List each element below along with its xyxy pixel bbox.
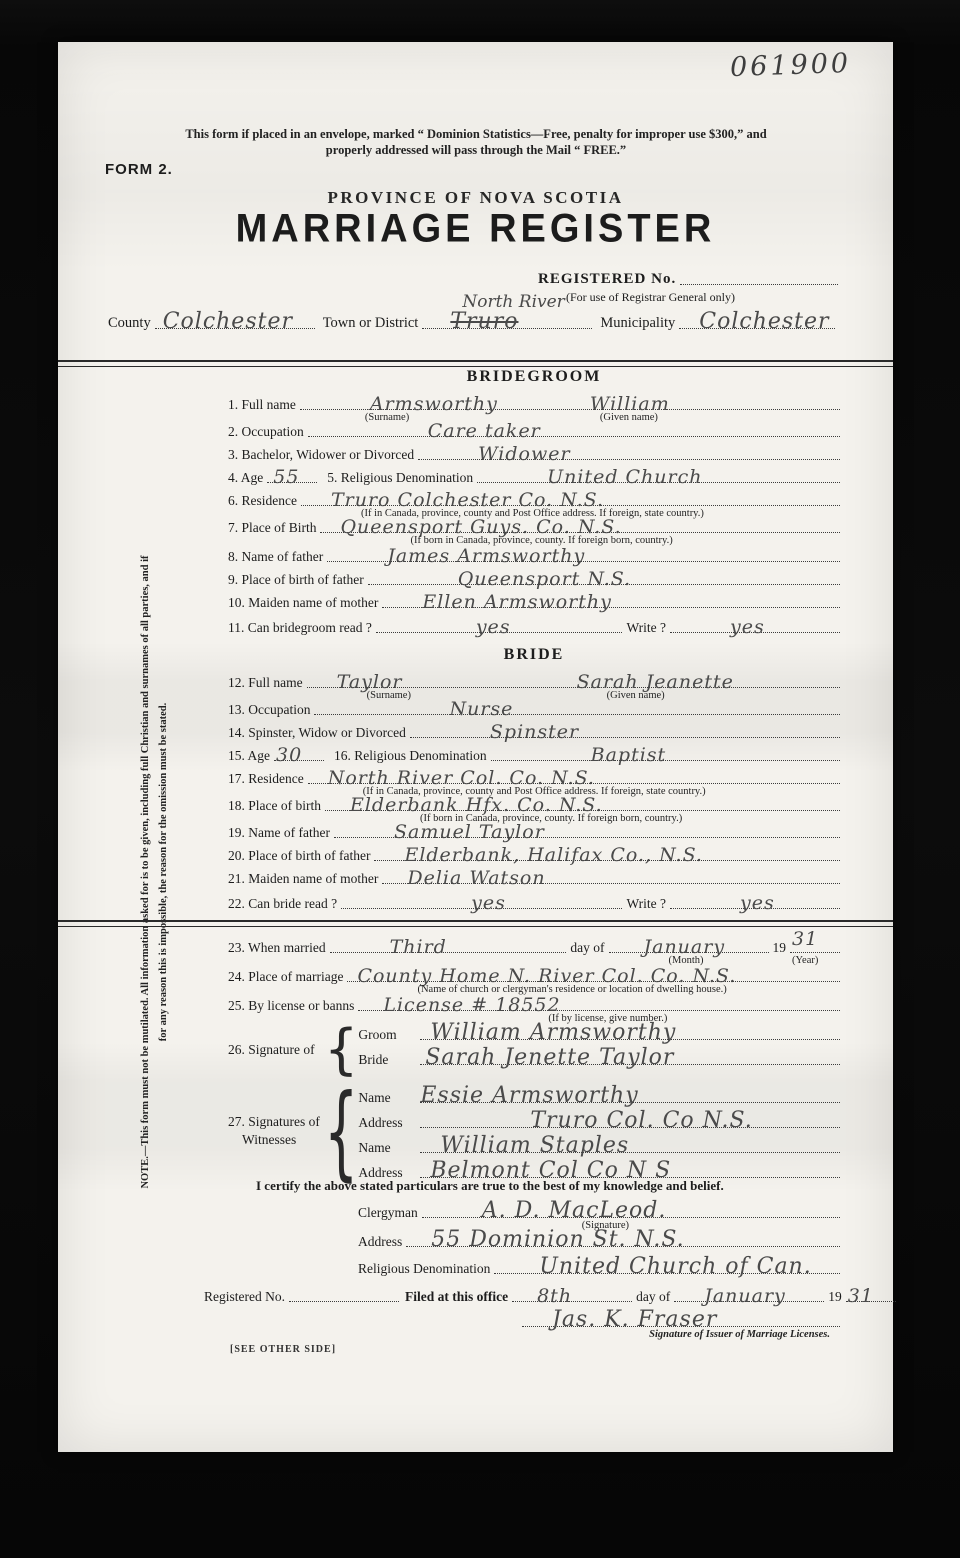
license-line: License # 18552 (If by license, give num… [358,1010,840,1011]
bride-father-birthplace: Elderbank, Halifax Co., N.S. [404,844,703,866]
groom-signature: William Armsworthy [430,1020,676,1045]
groom-can-write: yes [730,616,765,638]
groom-signature-line: William Armsworthy [420,1039,840,1040]
bridegroom-heading: BRIDEGROOM [228,368,840,390]
witness1-name-row: Name Essie Armsworthy [358,1081,840,1106]
witnesses-column: Name Essie Armsworthy Address Truro Col.… [358,1081,840,1181]
form-number-label: FORM 2. [105,161,173,178]
province-heading: PROVINCE OF NOVA SCOTIA [58,188,893,208]
field-row-when-married: 23. When married Third day of January (M… [228,931,840,956]
groom-occupation: Care taker [428,420,541,442]
father-name-label: 8. Name of father [228,549,323,565]
clergyman-address-line: 55 Dominion St. N.S. [406,1246,840,1247]
witness2-name-row: Name William Staples [358,1131,840,1156]
issuer-row: Jas. K. Fraser Signature of Issuer of Ma… [518,1305,840,1330]
bride-occupation: Nurse [449,698,513,720]
residence-label: 6. Residence [228,493,297,509]
mother-name-label: 21. Maiden name of mother [228,871,378,887]
religion-line: Baptist [491,760,840,761]
marital-status-line: Spinster [410,737,840,738]
marriage-day: Third [390,936,447,958]
field-row-mother-name: 21. Maiden name of mother Delia Watson [228,864,840,887]
groom-age: 55 [273,466,299,488]
registered-no-label: REGISTERED No. [538,271,676,288]
full-name-label: 1. Full name [228,397,296,413]
occupation-line: Care taker [308,436,840,437]
witness2-name-label: Name [358,1140,416,1156]
witness2-name-line: William Staples [420,1152,840,1153]
section-divider-top [58,360,893,367]
registered-no-label: Registered No. [204,1289,285,1305]
witness1-name-line: Essie Armsworthy [420,1102,840,1103]
can-write-line: yes [670,632,840,633]
certification-section: I certify the above stated particulars a… [228,1178,840,1330]
license-number: License # 18552 [383,994,560,1016]
field-row-residence: 6. Residence Truro Colchester Co. N.S. (… [228,486,840,509]
place-of-marriage-label: 24. Place of marriage [228,969,343,985]
groom-father-birthplace: Queensport N.S. [458,568,631,590]
clergyman-address: 55 Dominion St. N.S. [431,1227,684,1252]
birthplace-label: 7. Place of Birth [228,520,316,536]
religion-line: United Church [477,482,840,483]
marriage-year: 31 [792,928,818,950]
field-row-marital-status: 14. Spinster, Widow or Divorced Spinster [228,718,840,741]
age-label: 15. Age [228,748,270,764]
field-row-father-name: 19. Name of father Samuel Taylor [228,818,840,841]
bride-marital-status: Spinster [490,721,579,743]
marriage-register-page: 061900 This form if placed in an envelop… [58,42,893,1452]
bride-signature-line: Sarah Jenette Taylor [420,1064,840,1065]
clergyman-address-row: Address 55 Dominion St. N.S. [358,1225,840,1250]
denomination-row: Religious Denomination United Church of … [358,1250,840,1277]
jurisdiction-row: County Colchester Town or District North… [108,300,835,332]
county-label: County [108,315,151,332]
can-read-line: yes [341,908,622,909]
archive-number: 061900 [729,48,851,83]
filed-dayof-label: day of [636,1289,670,1305]
month-line: January (Month) [609,952,769,953]
issuer-caption: Signature of Issuer of Marriage Licenses… [649,1329,830,1340]
birthplace-line: Queensport Guys. Co. N.S. (If born in Ca… [320,532,840,533]
groom-mother-name: Ellen Armsworthy [422,591,612,613]
father-birthplace-label: 9. Place of birth of father [228,572,364,588]
registered-no-line [289,1301,399,1302]
religion-label: 16. Religious Denomination [334,748,487,764]
birthplace-label: 18. Place of birth [228,798,321,814]
groom-marital-status: Widower [478,443,570,465]
religion-label: 5. Religious Denomination [327,470,473,486]
clergyman-line: A. D. MacLeod. (Signature) [422,1217,840,1218]
age-line: 55 [267,482,317,483]
witness1-name-label: Name [358,1090,416,1106]
occupation-label: 13. Occupation [228,702,310,718]
groom-signature-row: Groom William Armsworthy [358,1018,840,1043]
field-row-age-religion: 15. Age 30 16. Religious Denomination Ba… [228,741,840,764]
can-read-line: yes [376,632,623,633]
filed-year: 31 [848,1285,874,1307]
municipality-line: Colchester [679,328,835,329]
field-row-father-birthplace: 20. Place of birth of father Elderbank, … [228,841,840,864]
municipality-label: Municipality [600,315,675,332]
groom-can-read: yes [476,616,511,638]
license-label: 25. By license or banns [228,998,354,1014]
field-row-father-birthplace: 9. Place of birth of father Queensport N… [228,565,840,588]
can-write-line: yes [670,908,840,909]
town-label: Town or District [323,315,419,332]
filed-row: Registered No. Filed at this office 8th … [204,1277,840,1305]
registered-no-line [680,284,838,285]
full-name-line: Taylor Sarah Jeanette (Surname) (Given n… [307,687,840,688]
groom-sublabel: Groom [358,1027,416,1043]
witness2-name: William Staples [440,1133,629,1158]
field-row-place-of-marriage: 24. Place of marriage County Home N. Riv… [228,960,840,985]
field-row-full-name: 12. Full name Taylor Sarah Jeanette (Sur… [228,668,840,691]
marital-status-label: 14. Spinster, Widow or Divorced [228,725,406,741]
marital-status-line: Widower [418,459,840,460]
signature-of-label: 26. Signature of [228,1018,324,1081]
witness1-address: Truro Col. Co N.S. [530,1108,752,1133]
field-row-residence: 17. Residence North River Col. Co. N.S. … [228,764,840,787]
field-row-license: 25. By license or banns License # 18552 … [228,989,840,1014]
filed-year-prefix: 19 [828,1289,842,1305]
envelope-notice-line1: This form if placed in an envelope, mark… [126,126,826,142]
year-prefix: 19 [773,940,787,956]
place-of-marriage-line: County Home N. River Col. Co. N.S. (Name… [347,981,840,982]
signature-group: 26. Signature of { Groom William Armswor… [228,1018,840,1081]
father-name-line: Samuel Taylor [334,837,840,838]
page-title: MARRIAGE REGISTER [58,207,893,252]
bride-sublabel: Bride [358,1052,416,1068]
town-value: Truro [450,309,518,334]
residence-line: North River Col. Co. N.S. (If in Canada,… [308,783,840,784]
when-married-day-line: Third [330,952,567,953]
witness1-name: Essie Armsworthy [420,1083,638,1108]
age-line: 30 [274,760,324,761]
bride-signature-row: Bride Sarah Jenette Taylor [358,1043,840,1068]
certify-statement: I certify the above stated particulars a… [256,1178,840,1196]
bridegroom-section: BRIDEGROOM 1. Full name Armsworthy Willi… [228,368,840,636]
signature-column: Groom William Armsworthy Bride Sarah Jen… [358,1018,840,1081]
witnesses-label-line1: 27. Signatures of [228,1113,324,1131]
residence-line: Truro Colchester Co. N.S. (If in Canada,… [301,505,840,506]
mother-name-label: 10. Maiden name of mother [228,595,378,611]
field-row-literacy: 11. Can bridegroom read ? yes Write ? ye… [228,611,840,636]
father-birthplace-label: 20. Place of birth of father [228,848,370,864]
father-birthplace-line: Queensport N.S. [368,584,840,585]
bride-signature: Sarah Jenette Taylor [425,1045,674,1070]
filed-year-line: 31 [846,1301,896,1302]
can-read-label: 22. Can bride read ? [228,896,337,912]
can-write-label: Write ? [626,896,666,912]
field-row-birthplace: 7. Place of Birth Queensport Guys. Co. N… [228,513,840,536]
full-name-line: Armsworthy William (Surname) (Given name… [300,409,840,410]
field-row-birthplace: 18. Place of birth Elderbank Hfx. Co. N.… [228,791,840,814]
filed-day-line: 8th [512,1301,632,1302]
bride-heading: BRIDE [228,646,840,668]
field-row-age-religion: 4. Age 55 5. Religious Denomination Unit… [228,463,840,486]
bride-can-read: yes [471,892,506,914]
occupation-label: 2. Occupation [228,424,304,440]
clergyman-row: Clergyman A. D. MacLeod. (Signature) [358,1196,840,1221]
field-row-marital-status: 3. Bachelor, Widower or Divorced Widower [228,440,840,463]
witness1-address-line: Truro Col. Co N.S. [420,1127,840,1128]
bride-can-write: yes [740,892,775,914]
envelope-notice-line2: properly addressed will pass through the… [126,142,826,158]
field-row-literacy: 22. Can bride read ? yes Write ? yes [228,887,840,912]
day-of-label: day of [570,940,604,956]
witnesses-label-line2: Witnesses [228,1131,324,1149]
age-label: 4. Age [228,470,263,486]
field-row-father-name: 8. Name of father James Armsworthy [228,540,840,565]
field-row-full-name: 1. Full name Armsworthy William (Surname… [228,390,840,413]
father-name-label: 19. Name of father [228,825,330,841]
field-row-occupation: 13. Occupation Nurse [228,695,840,718]
when-married-label: 23. When married [228,940,326,956]
birthplace-line: Elderbank Hfx. Co. N.S. (If born in Cana… [325,810,840,811]
registered-no-row: REGISTERED No. [538,268,838,288]
clergyman-address-label: Address [358,1234,402,1250]
residence-label: 17. Residence [228,771,304,787]
denomination-value: United Church of Can. [539,1254,811,1279]
father-birthplace-line: Elderbank, Halifax Co., N.S. [374,860,840,861]
bride-mother-name: Delia Watson [407,867,545,889]
bride-age: 30 [276,744,302,766]
municipality-value: Colchester [699,309,829,334]
groom-father-name: James Armsworthy [387,545,585,567]
can-write-label: Write ? [626,620,666,636]
margin-note: NOTE.—This form must not be mutilated. A… [137,550,173,1195]
envelope-notice: This form if placed in an envelope, mark… [126,126,826,159]
mother-name-line: Delia Watson [382,883,840,884]
filed-label: Filed at this office [405,1289,508,1305]
marital-status-label: 3. Bachelor, Widower or Divorced [228,447,414,463]
filed-day: 8th [537,1285,572,1307]
clergyman-signature: A. D. MacLeod. [482,1198,667,1223]
county-value: Colchester [163,309,293,334]
witness1-address-row: Address Truro Col. Co N.S. [358,1106,840,1131]
section-divider-middle [58,920,893,927]
bride-section: BRIDE 12. Full name Taylor Sarah Jeanett… [228,646,840,912]
witnesses-group: 27. Signatures of Witnesses { Name Essie… [228,1081,840,1181]
witnesses-label: 27. Signatures of Witnesses [228,1081,324,1181]
full-name-label: 12. Full name [228,675,303,691]
field-row-mother-name: 10. Maiden name of mother Ellen Armswort… [228,588,840,611]
town-line: North River Truro [422,328,592,329]
father-name-line: James Armsworthy [327,561,840,562]
year-line: 31 (Year) [790,952,840,953]
county-line: Colchester [155,328,315,329]
issuer-signature-line: Jas. K. Fraser Signature of Issuer of Ma… [522,1326,840,1327]
see-other-side-note: [SEE OTHER SIDE] [230,1344,336,1355]
field-row-occupation: 2. Occupation Care taker [228,417,840,440]
occupation-line: Nurse [314,714,840,715]
bride-father-name: Samuel Taylor [394,821,545,843]
denomination-label: Religious Denomination [358,1261,490,1277]
witness1-address-label: Address [358,1115,416,1131]
groom-religion: United Church [547,466,702,488]
mother-name-line: Ellen Armsworthy [382,607,840,608]
bride-religion: Baptist [591,744,667,766]
clergyman-label: Clergyman [358,1205,418,1221]
filed-month-line: January [674,1301,824,1302]
denomination-line: United Church of Can. [494,1273,840,1274]
can-read-label: 11. Can bridegroom read ? [228,620,372,636]
filed-month: January [704,1285,786,1307]
marriage-section: 23. When married Third day of January (M… [228,931,840,1181]
